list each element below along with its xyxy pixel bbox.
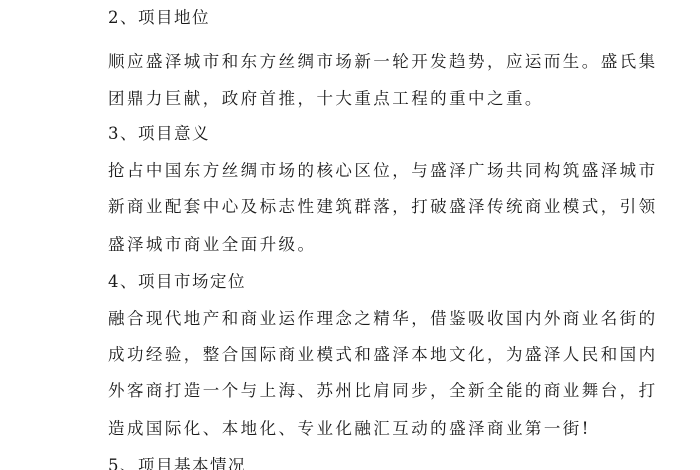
paragraph-line: 成功经验，整合国际商业模式和盛泽本地文化，为盛泽人民和国内 — [108, 345, 658, 365]
section-heading-significance: 3、项目意义 — [108, 124, 210, 144]
paragraph-line: 外客商打造一个与上海、苏州比肩同步，全新全能的商业舞台，打 — [108, 381, 658, 401]
section-heading-position: 2、项目地位 — [108, 8, 210, 28]
paragraph-line: 融合现代地产和商业运作理念之精华，借鉴吸收国内外商业名街的 — [108, 309, 658, 329]
document-page: 2、项目地位 顺应盛泽城市和东方丝绸市场新一轮开发趋势，应运而生。盛氏集 团鼎力… — [0, 0, 700, 470]
paragraph-line: 团鼎力巨献，政府首推，十大重点工程的重中之重。 — [108, 89, 544, 109]
paragraph-line: 抢占中国东方丝绸市场的核心区位，与盛泽广场共同构筑盛泽城市 — [108, 161, 658, 181]
paragraph-line: 造成国际化、本地化、专业化融汇互动的盛泽商业第一街! — [108, 419, 591, 439]
paragraph-line: 顺应盛泽城市和东方丝绸市场新一轮开发趋势，应运而生。盛氏集 — [108, 52, 658, 72]
paragraph-line: 盛泽城市商业全面升级。 — [108, 235, 316, 255]
paragraph-line: 新商业配套中心及标志性建筑群落，打破盛泽传统商业模式，引领 — [108, 197, 658, 217]
section-heading-basic-info: 5、项目基本情况 — [108, 456, 246, 470]
section-heading-market-positioning: 4、项目市场定位 — [108, 272, 246, 292]
